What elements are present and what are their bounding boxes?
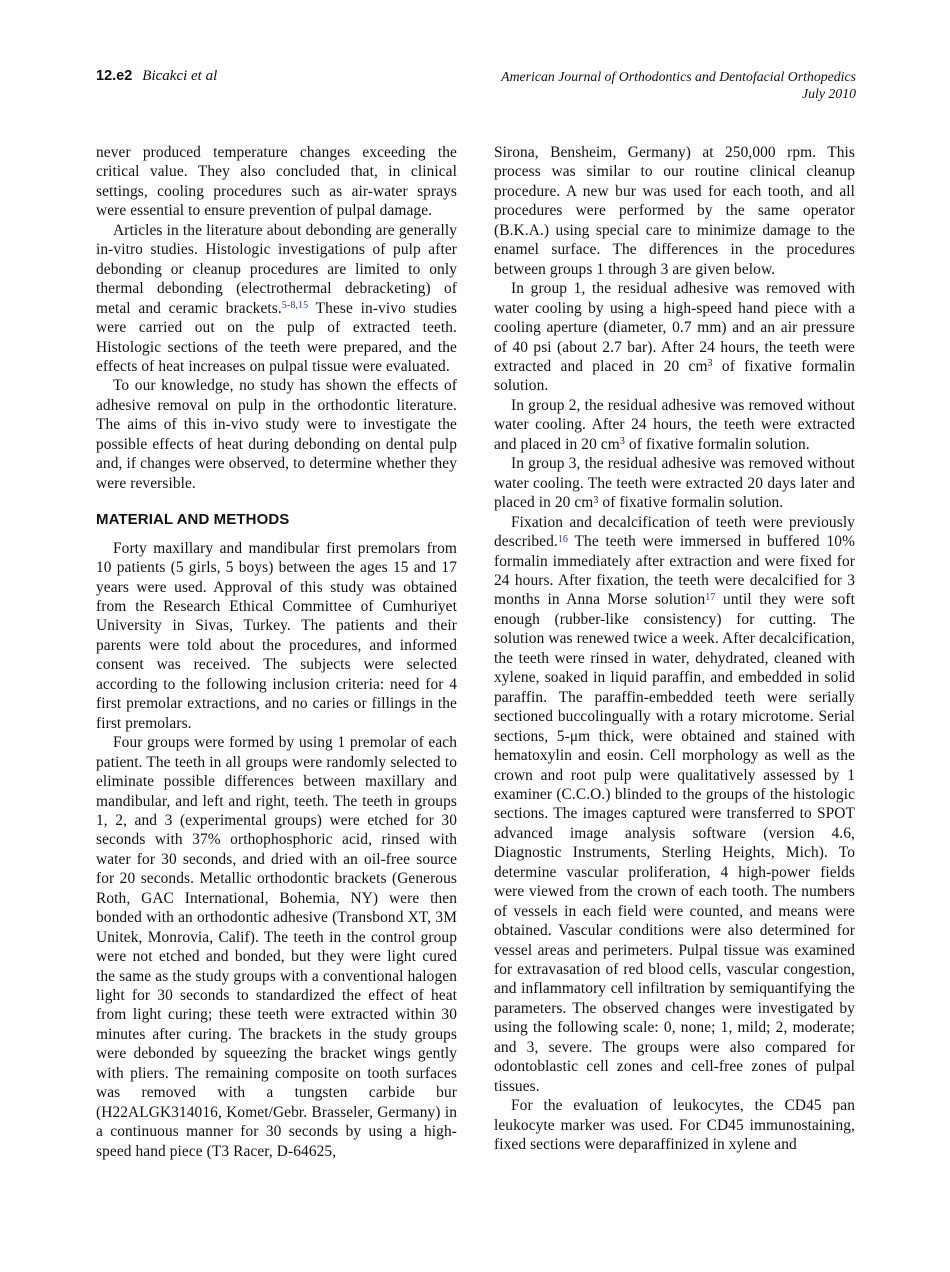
paragraph: In group 3, the residual adhesive was re…: [494, 454, 855, 512]
journal-page: 12.e2Bicakci et al American Journal of O…: [0, 0, 950, 1272]
journal-title: American Journal of Orthodontics and Den…: [501, 68, 856, 85]
page-number: 12.e2: [96, 68, 132, 84]
paragraph: In group 1, the residual adhesive was re…: [494, 279, 855, 396]
right-column: Sirona, Bensheim, Germany) at 250,000 rp…: [494, 143, 855, 1161]
superscript: 3: [708, 358, 713, 369]
paragraph: Forty maxillary and mandibular first pre…: [96, 539, 457, 734]
citation-ref-link[interactable]: 17: [705, 592, 715, 603]
paragraph: Fixation and decalcification of teeth we…: [494, 513, 855, 1097]
superscript: 3: [620, 436, 625, 447]
paragraph: never produced temperature changes excee…: [96, 143, 457, 221]
superscript: 3: [593, 495, 598, 506]
citation-ref-link[interactable]: 5-8,15: [282, 300, 308, 311]
left-column: never produced temperature changes excee…: [96, 143, 457, 1161]
section-heading: MATERIAL AND METHODS: [96, 510, 457, 529]
paragraph: Four groups were formed by using 1 premo…: [96, 733, 457, 1161]
paragraph: Articles in the literature about debondi…: [96, 221, 457, 377]
text-columns: never produced temperature changes excee…: [96, 143, 855, 1161]
running-header: 12.e2Bicakci et al American Journal of O…: [96, 68, 856, 102]
paragraph: To our knowledge, no study has shown the…: [96, 376, 457, 493]
paragraph: For the evaluation of leukocytes, the CD…: [494, 1096, 855, 1154]
paragraph: In group 2, the residual adhesive was re…: [494, 396, 855, 454]
issue-date: July 2010: [501, 85, 856, 102]
running-header-right: American Journal of Orthodontics and Den…: [501, 68, 856, 102]
paragraph: Sirona, Bensheim, Germany) at 250,000 rp…: [494, 143, 855, 279]
running-authors: Bicakci et al: [142, 68, 217, 84]
citation-ref-link[interactable]: 16: [558, 534, 568, 545]
running-header-left: 12.e2Bicakci et al: [96, 68, 217, 85]
